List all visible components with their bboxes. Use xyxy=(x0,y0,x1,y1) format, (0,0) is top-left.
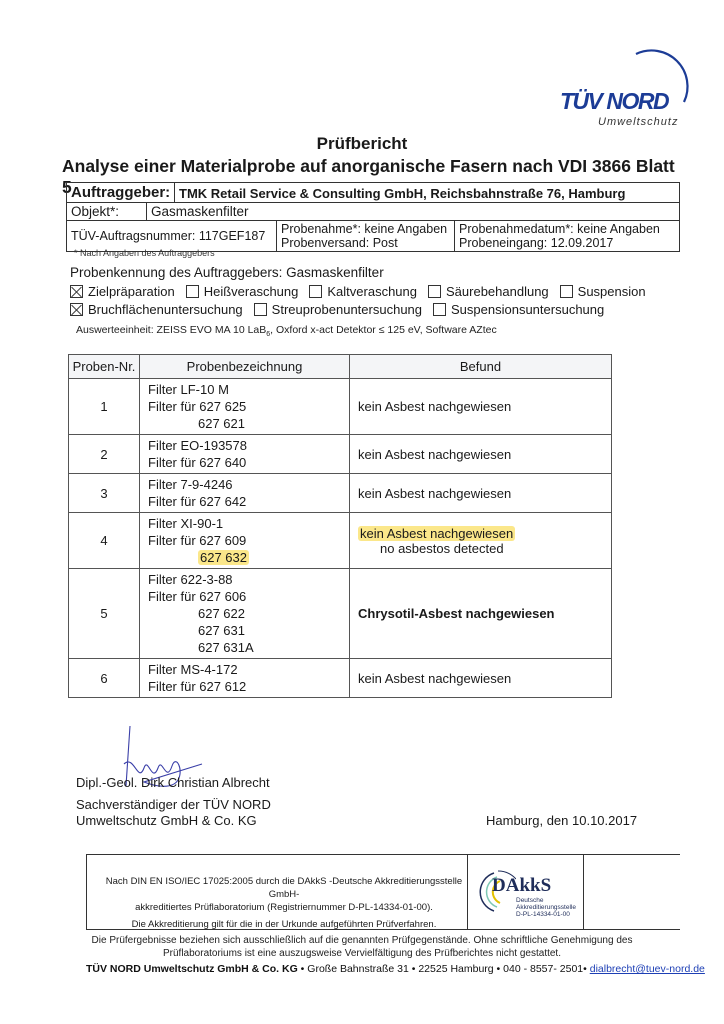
client-info-table: Auftraggeber: TMK Retail Service & Consu… xyxy=(66,182,680,252)
sample-name-text: Filter 622-3-88 xyxy=(148,572,233,587)
sample-name: Filter EO-193578Filter für 627 640 xyxy=(140,435,350,474)
dakks-sub-2: Akkreditierungsstelle xyxy=(516,904,576,911)
footer-address: TÜV NORD Umweltschutz GmbH & Co. KG • Gr… xyxy=(86,963,705,975)
sample-name-line: Filter für 627 612 xyxy=(148,678,341,695)
method-label: Bruchflächenuntersuchung xyxy=(88,302,243,317)
sample-number: 1 xyxy=(69,379,140,435)
object-row: Objekt*: Gasmaskenfilter xyxy=(67,203,679,221)
sample-name-line: Filter MS-4-172 xyxy=(148,661,341,678)
col-header-name: Probenbezeichnung xyxy=(140,355,350,379)
sample-name-text: 627 621 xyxy=(198,416,245,431)
sample-name-line: Filter 622-3-88 xyxy=(148,571,341,588)
table-row: 6Filter MS-4-172Filter für 627 612kein A… xyxy=(69,659,612,698)
sample-name-line: 627 632 xyxy=(148,549,341,566)
table-row: 3Filter 7-9-4246Filter für 627 642kein A… xyxy=(69,474,612,513)
sample-name-line: Filter für 627 642 xyxy=(148,493,341,510)
sample-number: 3 xyxy=(69,474,140,513)
sample-name-line: Filter XI-90-1 xyxy=(148,515,341,532)
unchecked-box-icon[interactable] xyxy=(433,303,446,316)
accreditation-text: Nach DIN EN ISO/IEC 17025:2005 durch die… xyxy=(86,855,468,929)
sample-name: Filter MS-4-172Filter für 627 612 xyxy=(140,659,350,698)
receipt-date: Probeneingang: 12.09.2017 xyxy=(459,236,675,250)
col-header-nr: Proben-Nr. xyxy=(69,355,140,379)
footnote: * Nach Angaben des Auftraggebers xyxy=(74,248,215,258)
method-checkbox-item[interactable]: Kaltveraschung xyxy=(309,284,417,299)
finding: kein Asbest nachgewiesen xyxy=(350,659,612,698)
sample-name-text: 627 631 xyxy=(198,623,245,638)
signatory-role-2: Umweltschutz GmbH & Co. KG xyxy=(76,813,257,828)
method-label: Zielpräparation xyxy=(88,284,175,299)
sample-name-text: 627 632 xyxy=(198,550,249,565)
sample-name-line: 627 631A xyxy=(148,639,341,656)
table-row: 1Filter LF-10 MFilter für 627 625627 621… xyxy=(69,379,612,435)
finding-text: kein Asbest nachgewiesen xyxy=(358,486,511,501)
methods-row-2: BruchflächenuntersuchungStreuprobenunter… xyxy=(70,302,615,317)
evaluation-unit-suffix: , Oxford x-act Detektor ≤ 125 eV, Softwa… xyxy=(270,324,497,336)
sample-name-line: Filter LF-10 M xyxy=(148,381,341,398)
method-checkbox-item[interactable]: Suspensionsuntersuchung xyxy=(433,302,604,317)
method-checkbox-item[interactable]: Streuprobenuntersuchung xyxy=(254,302,422,317)
method-checkbox-item[interactable]: Bruchflächenuntersuchung xyxy=(70,302,243,317)
method-checkbox-item[interactable]: Suspension xyxy=(560,284,646,299)
results-table: Proben-Nr. Probenbezeichnung Befund 1Fil… xyxy=(68,354,612,698)
accreditation-line-3: Die Akkreditierung gilt für die in der U… xyxy=(101,918,467,931)
unchecked-box-icon[interactable] xyxy=(186,285,199,298)
finding: kein Asbest nachgewiesenno asbestos dete… xyxy=(350,513,612,569)
footer-email-link[interactable]: dialbrecht@tuev-nord.de xyxy=(590,963,705,975)
order-number: TÜV-Auftragsnummer: 117GEF187 xyxy=(67,221,277,251)
sample-name: Filter 7-9-4246Filter für 627 642 xyxy=(140,474,350,513)
sample-name-text: Filter LF-10 M xyxy=(148,382,229,397)
sample-name-text: Filter für 627 625 xyxy=(148,399,246,414)
place-date: Hamburg, den 10.10.2017 xyxy=(486,813,637,828)
sampling: Probenahme*: keine Angaben xyxy=(281,222,450,236)
sampling-dates: Probenahmedatum*: keine Angaben Probenei… xyxy=(455,221,679,251)
sample-name-line: 627 622 xyxy=(148,605,341,622)
method-label: Säurebehandlung xyxy=(446,284,549,299)
sample-name-line: Filter für 627 625 xyxy=(148,398,341,415)
sample-name: Filter 622-3-88Filter für 627 606627 622… xyxy=(140,569,350,659)
finding-text: kein Asbest nachgewiesen xyxy=(358,399,511,414)
report-title: Prüfbericht xyxy=(0,134,724,154)
checked-box-icon[interactable] xyxy=(70,303,83,316)
sample-number: 4 xyxy=(69,513,140,569)
results-header-row: Proben-Nr. Probenbezeichnung Befund xyxy=(69,355,612,379)
sample-number: 2 xyxy=(69,435,140,474)
finding-text: kein Asbest nachgewiesen xyxy=(358,526,515,541)
sample-name-text: Filter für 627 612 xyxy=(148,679,246,694)
method-label: Heißveraschung xyxy=(204,284,299,299)
sample-name-line: 627 621 xyxy=(148,415,341,432)
sample-name-text: Filter für 627 642 xyxy=(148,494,246,509)
sample-name-text: Filter für 627 606 xyxy=(148,589,246,604)
method-label: Streuprobenuntersuchung xyxy=(272,302,422,317)
sampling-info: Probenahme*: keine Angaben Probenversand… xyxy=(277,221,455,251)
unchecked-box-icon[interactable] xyxy=(560,285,573,298)
accreditation-line-1: Nach DIN EN ISO/IEC 17025:2005 durch die… xyxy=(106,876,462,900)
sample-name-line: Filter für 627 609 xyxy=(148,532,341,549)
accreditation-box: Nach DIN EN ISO/IEC 17025:2005 durch die… xyxy=(86,854,680,930)
method-label: Suspension xyxy=(578,284,646,299)
method-checkbox-item[interactable]: Zielpräparation xyxy=(70,284,175,299)
method-label: Kaltveraschung xyxy=(327,284,417,299)
method-checkbox-item[interactable]: Heißveraschung xyxy=(186,284,299,299)
finding: Chrysotil-Asbest nachgewiesen xyxy=(350,569,612,659)
table-row: 2Filter EO-193578Filter für 627 640kein … xyxy=(69,435,612,474)
logo-brand: TÜV NORD xyxy=(560,88,668,115)
table-row: 5Filter 622-3-88Filter für 627 606627 62… xyxy=(69,569,612,659)
sample-number: 5 xyxy=(69,569,140,659)
footer-address-text: • Große Bahnstraße 31 • 22525 Hamburg • … xyxy=(298,963,590,975)
signatory-name: Dipl.-Geol. Dirk Christian Albrecht xyxy=(76,775,270,790)
sample-name: Filter LF-10 MFilter für 627 625627 621 xyxy=(140,379,350,435)
sample-name-line: Filter 7-9-4246 xyxy=(148,476,341,493)
finding: kein Asbest nachgewiesen xyxy=(350,379,612,435)
unchecked-box-icon[interactable] xyxy=(309,285,322,298)
dakks-name: DAkkS xyxy=(492,875,551,897)
accreditation-line-2: akkreditiertes Prüflaboratorium (Registr… xyxy=(135,902,433,913)
dakks-logo: DAkkS Deutsche Akkreditierungsstelle D-P… xyxy=(468,855,584,929)
sample-name-text: 627 631A xyxy=(198,640,254,655)
sampling-date: Probenahmedatum*: keine Angaben xyxy=(459,222,675,236)
method-checkbox-item[interactable]: Säurebehandlung xyxy=(428,284,549,299)
sample-name-text: Filter für 627 609 xyxy=(148,533,246,548)
method-label: Suspensionsuntersuchung xyxy=(451,302,604,317)
finding-text: kein Asbest nachgewiesen xyxy=(358,671,511,686)
sample-identifier: Probenkennung des Auftraggebers: Gasmask… xyxy=(70,265,384,280)
object-label: Objekt*: xyxy=(67,203,147,220)
tuev-nord-logo: TÜV NORD Umweltschutz xyxy=(560,48,700,128)
sample-name-line: Filter für 627 640 xyxy=(148,454,341,471)
sample-name-text: Filter EO-193578 xyxy=(148,438,247,453)
disclaimer-line-1: Die Prüfergebnisse beziehen sich ausschl… xyxy=(0,935,724,946)
footer-company: TÜV NORD Umweltschutz GmbH & Co. KG xyxy=(86,963,298,975)
sample-name-text: Filter 7-9-4246 xyxy=(148,477,233,492)
unchecked-box-icon[interactable] xyxy=(428,285,441,298)
sample-number: 6 xyxy=(69,659,140,698)
dakks-sub-1: Deutsche xyxy=(516,897,576,904)
sample-name: Filter XI-90-1Filter für 627 609627 632 xyxy=(140,513,350,569)
order-row: TÜV-Auftragsnummer: 117GEF187 Probenahme… xyxy=(67,221,679,251)
finding: kein Asbest nachgewiesen xyxy=(350,474,612,513)
signatory-role-1: Sachverständiger der TÜV NORD xyxy=(76,797,271,812)
client-row: Auftraggeber: TMK Retail Service & Consu… xyxy=(67,183,679,203)
evaluation-unit-prefix: Auswerteeinheit: ZEISS EVO MA 10 LaB xyxy=(76,324,266,336)
sample-name-text: 627 622 xyxy=(198,606,245,621)
object-value: Gasmaskenfilter xyxy=(147,203,679,220)
table-row: 4Filter XI-90-1Filter für 627 609627 632… xyxy=(69,513,612,569)
methods-row-1: ZielpräparationHeißveraschungKaltverasch… xyxy=(70,284,657,299)
dakks-sub-3: D-PL-14334-01-00 xyxy=(516,911,576,918)
client-value: TMK Retail Service & Consulting GmbH, Re… xyxy=(175,183,679,202)
evaluation-unit: Auswerteeinheit: ZEISS EVO MA 10 LaB6, O… xyxy=(76,324,497,338)
finding-text: kein Asbest nachgewiesen xyxy=(358,447,511,462)
finding-text: Chrysotil-Asbest nachgewiesen xyxy=(358,606,555,621)
finding-translation: no asbestos detected xyxy=(358,541,611,556)
sample-name-text: Filter MS-4-172 xyxy=(148,662,238,677)
col-header-finding: Befund xyxy=(350,355,612,379)
disclaimer-line-2: Prüflaboratoriums ist eine auszugsweise … xyxy=(0,948,724,959)
logo-subtitle: Umweltschutz xyxy=(598,116,678,128)
sample-name-text: Filter XI-90-1 xyxy=(148,516,223,531)
sample-name-line: Filter EO-193578 xyxy=(148,437,341,454)
dakks-subtext: Deutsche Akkreditierungsstelle D-PL-1433… xyxy=(516,897,576,918)
unchecked-box-icon[interactable] xyxy=(254,303,267,316)
finding: kein Asbest nachgewiesen xyxy=(350,435,612,474)
sample-name-line: Filter für 627 606 xyxy=(148,588,341,605)
checked-box-icon[interactable] xyxy=(70,285,83,298)
client-label: Auftraggeber: xyxy=(67,183,175,202)
sample-name-text: Filter für 627 640 xyxy=(148,455,246,470)
sample-name-line: 627 631 xyxy=(148,622,341,639)
shipping: Probenversand: Post xyxy=(281,236,450,250)
